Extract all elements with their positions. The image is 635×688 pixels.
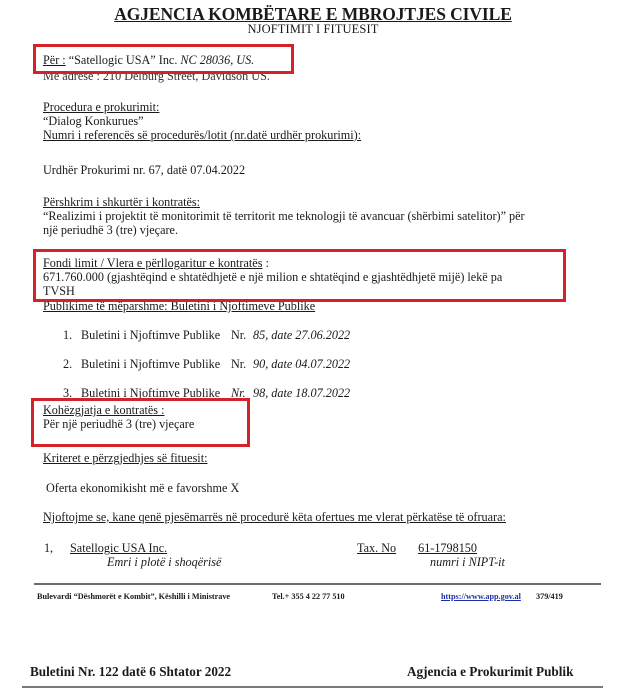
description-line-1: “Realizimi i projektit të monitorimit të…	[43, 210, 525, 223]
reference-label: Numri i referencës së procedurës/lotit (…	[43, 129, 361, 142]
reference-value: Urdhër Prokurimi nr. 67, datë 07.04.2022	[43, 164, 245, 177]
tax-label-text: Tax. No	[357, 541, 396, 555]
publication-detail: 85, date 27.06.2022	[253, 328, 350, 342]
highlight-fund	[33, 249, 566, 302]
bulletin-info: Buletini Nr. 122 datë 6 Shtator 2022	[30, 664, 231, 680]
footer-tel: Tel.+ 355 4 22 77 510	[272, 592, 345, 601]
publication-item: 1.Buletini i Njoftimve PublikeNr.85, dat…	[63, 329, 350, 342]
publication-number: 2.	[63, 358, 81, 371]
publication-nr: Nr.	[231, 358, 253, 371]
publication-name: Buletini i Njoftimve Publike	[81, 358, 231, 371]
procedure-value: “Dialog Konkurues”	[43, 115, 144, 128]
criteria-label: Kriteret e përzgjedhjes së fituesit:	[43, 452, 207, 465]
participant-name-caption: Emri i plotë i shoqërisë	[107, 556, 221, 569]
highlight-duration	[31, 398, 250, 447]
publication-name: Buletini i Njoftimve Publike	[81, 329, 231, 342]
participants-label: Njoftojme se, kane qenë pjesëmarrës në p…	[43, 511, 506, 524]
publication-item: 2.Buletini i Njoftimve PublikeNr.90, dat…	[63, 358, 350, 371]
publication-number: 1.	[63, 329, 81, 342]
publication-nr: Nr.	[231, 329, 253, 342]
tax-value: 61-1798150	[418, 541, 477, 555]
footer-divider	[34, 583, 601, 585]
description-line-2: një periudhë 3 (tre) vjeçare.	[43, 224, 178, 237]
publication-detail: 90, date 04.07.2022	[253, 357, 350, 371]
criteria-value: Oferta ekonomikisht më e favorshme X	[46, 482, 239, 495]
tax-caption: numri i NIPT-it	[430, 556, 505, 569]
document-subtitle: NJOFTIMIT I FITUESIT	[0, 22, 626, 37]
participant-name: ,Satellogic USA Inc.	[50, 542, 167, 555]
footer-url-link[interactable]: https://www.app.gov.al	[441, 592, 521, 601]
footer-address: Bulevardi “Dëshmorët e Kombit”, Këshilli…	[37, 592, 230, 601]
procedure-label: Procedura e prokurimit:	[43, 101, 159, 114]
tax-label: Tax. No 61-1798150	[357, 542, 477, 555]
description-label: Përshkrim i shkurtër i kontratës:	[43, 196, 200, 209]
highlight-recipient	[33, 44, 294, 74]
publication-detail: 98, date 18.07.2022	[253, 386, 350, 400]
participant-name-text: Satellogic USA Inc.	[70, 541, 167, 555]
footer-page-number: 379/419	[536, 592, 563, 601]
agency-name: Agjencia e Prokurimit Publik	[407, 664, 573, 680]
